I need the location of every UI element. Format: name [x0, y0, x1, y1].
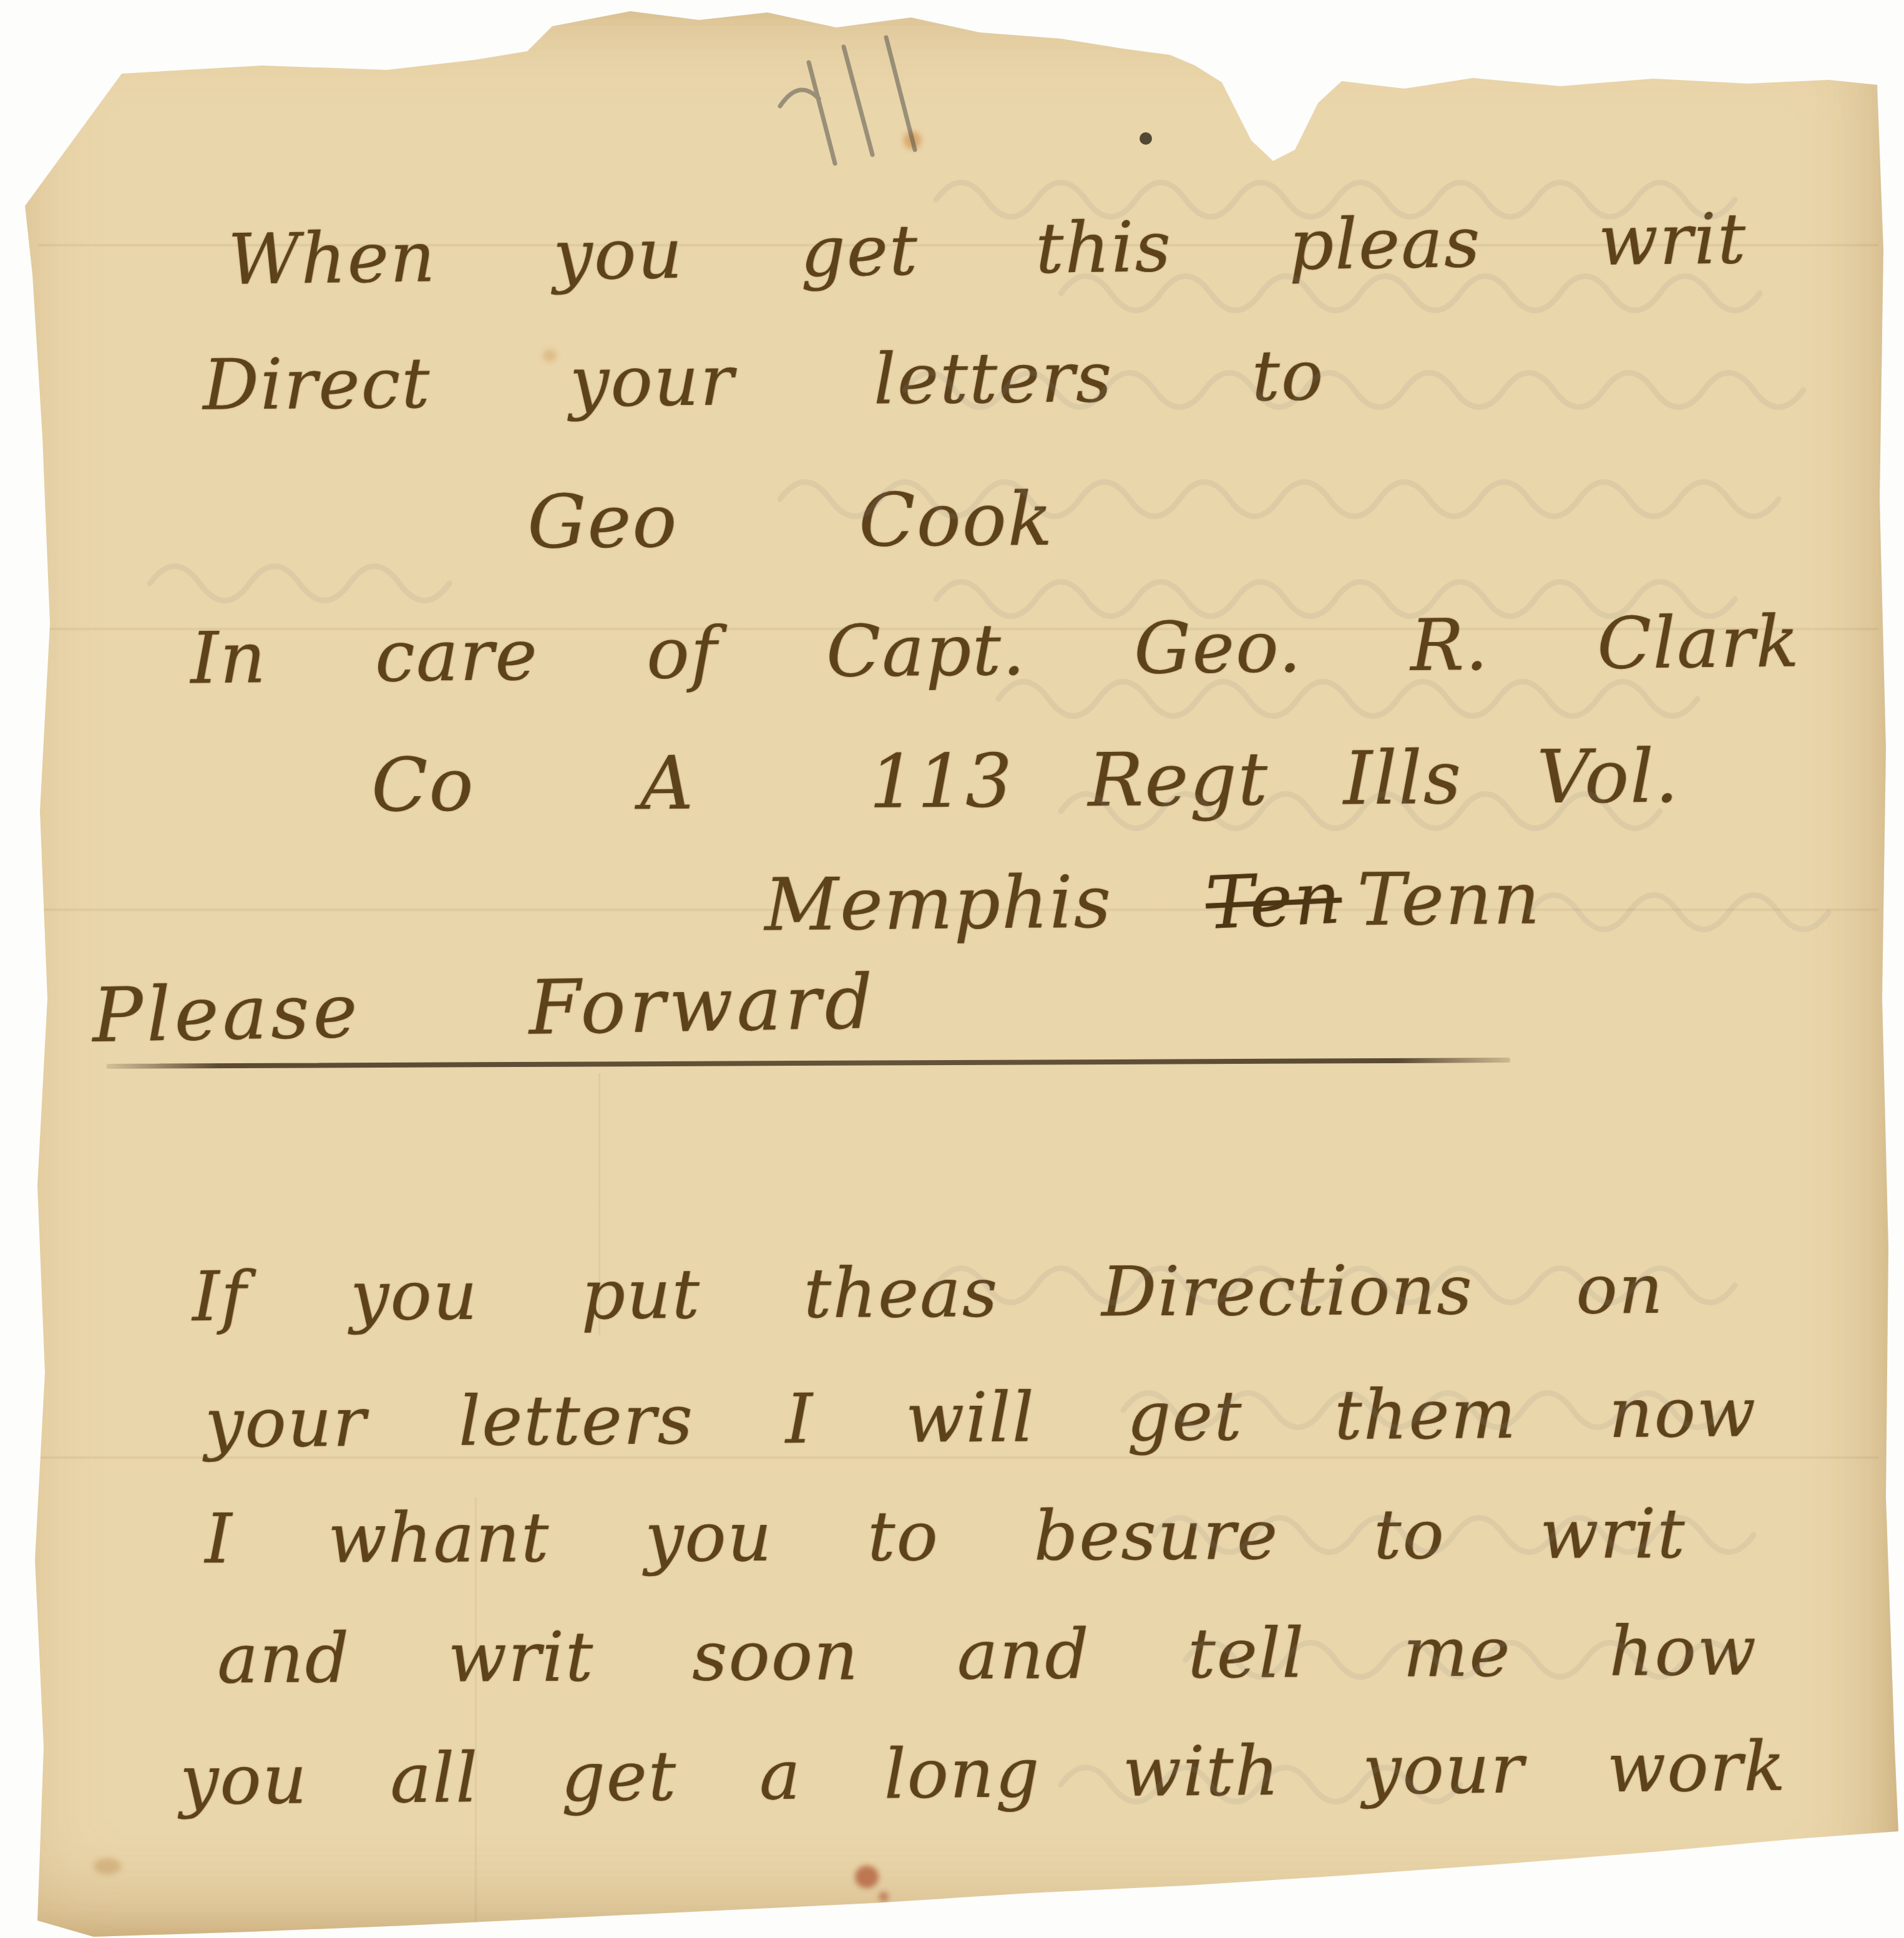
- company-letter: A: [640, 740, 695, 827]
- letter-paper: When you get this pleas writ Direct your…: [0, 0, 1904, 1938]
- stain-spot: [855, 1866, 879, 1888]
- handwritten-line-4: In care of Capt. Geo. R. Clark: [190, 600, 1800, 699]
- state-word: Tenn: [1357, 857, 1541, 943]
- ink-speck: [1140, 132, 1152, 145]
- struck-out-word: Ten: [1204, 856, 1343, 946]
- handwritten-line-1: When you get this pleas writ: [227, 198, 1747, 301]
- handwritten-line-9: your letters I will get them now: [205, 1372, 1757, 1463]
- stain-spot: [904, 132, 921, 149]
- addressee-first-name: Geo: [527, 478, 678, 565]
- regiment-text: 113 Regt Ills Vol.: [869, 733, 1680, 825]
- company-word: Co: [371, 741, 475, 828]
- handwritten-line-7: Please Forward: [92, 959, 877, 1059]
- city-word: Memphis: [764, 860, 1112, 948]
- ink-divider-line: [106, 1058, 1510, 1069]
- handwritten-line-10: I whant you to besure to writ: [205, 1494, 1686, 1579]
- pencil-scribble: [780, 37, 915, 163]
- addressee-last-name: Cook: [859, 476, 1054, 563]
- scanned-letter-view: When you get this pleas writ Direct your…: [0, 0, 1904, 1938]
- handwritten-line-6: MemphisTenTenn: [764, 857, 1541, 948]
- handwritten-line-5: CoA113 Regt Ills Vol.: [371, 733, 1680, 829]
- handwritten-line-3: GeoCook: [527, 476, 1054, 565]
- stain-spot: [94, 1858, 121, 1874]
- handwritten-line-12: you all get a long with your work: [179, 1726, 1787, 1820]
- handwritten-line-8: If you put theas Directions on: [192, 1249, 1664, 1337]
- handwritten-line-11: and writ soon and tell me how: [217, 1611, 1757, 1699]
- handwritten-line-2: Direct your letters to: [202, 335, 1324, 426]
- stain-spot: [879, 1892, 889, 1902]
